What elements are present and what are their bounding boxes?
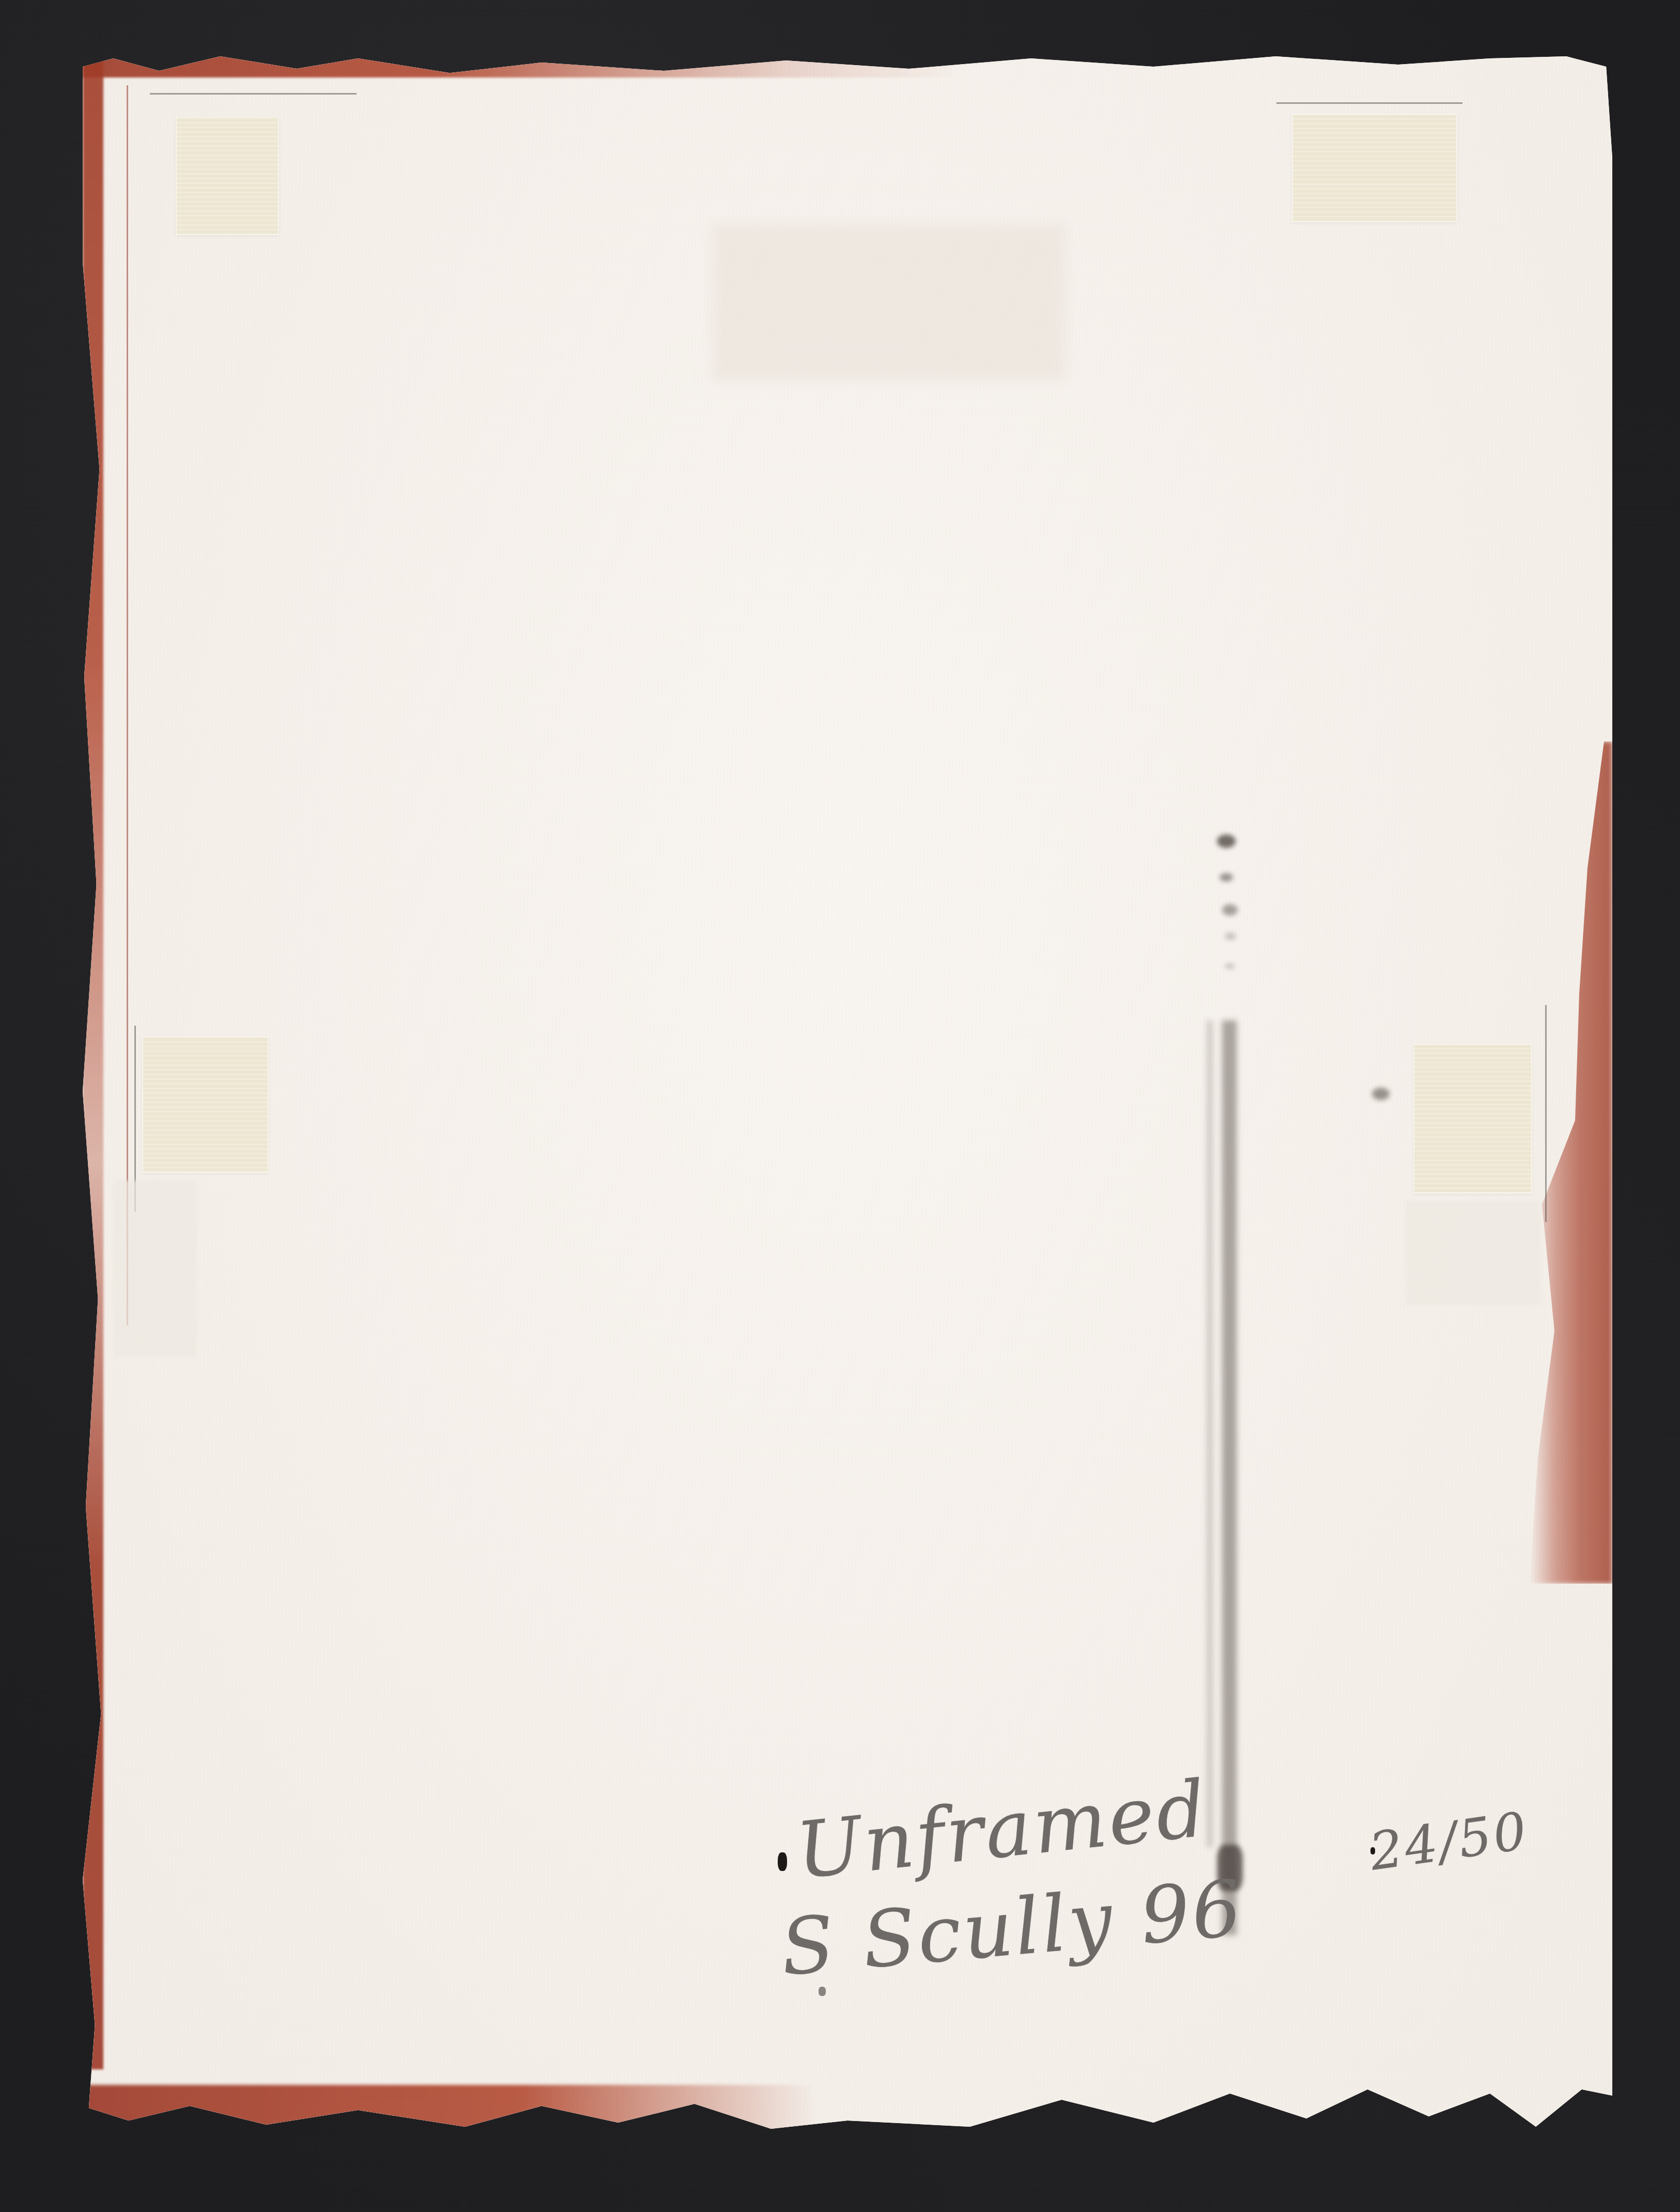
- graphite-streak-vertical-2: [1207, 1020, 1213, 1847]
- graphite-smudge: [1217, 834, 1236, 848]
- tape-residue-right: [1406, 1201, 1540, 1305]
- fold-line-left: [127, 85, 128, 1325]
- pencil-line-top-left: [150, 93, 357, 95]
- graphite-smudge: [1220, 873, 1233, 881]
- graphite-smudge: [1225, 964, 1235, 969]
- hinge-tape-middle-right: [1413, 1044, 1532, 1194]
- pencil-line-top-right: [1276, 102, 1462, 104]
- tape-residue-left: [114, 1181, 196, 1356]
- graphite-smudge-right: [1372, 1088, 1390, 1100]
- graphite-smudge: [1222, 904, 1238, 916]
- hinge-tape-middle-left: [142, 1036, 269, 1173]
- hinge-tape-top-right: [1292, 114, 1457, 222]
- pencil-line-right-tape: [1545, 1005, 1547, 1222]
- hinge-tape-top-left: [176, 116, 279, 235]
- graphite-streak-vertical: [1222, 1020, 1237, 1935]
- paper-sheet-verso: Unframed S Scully 96 24/50: [83, 54, 1612, 2129]
- ink-speck: [778, 1852, 787, 1871]
- faint-ghost-stain: [713, 225, 1065, 380]
- graphite-smudge: [1225, 933, 1236, 940]
